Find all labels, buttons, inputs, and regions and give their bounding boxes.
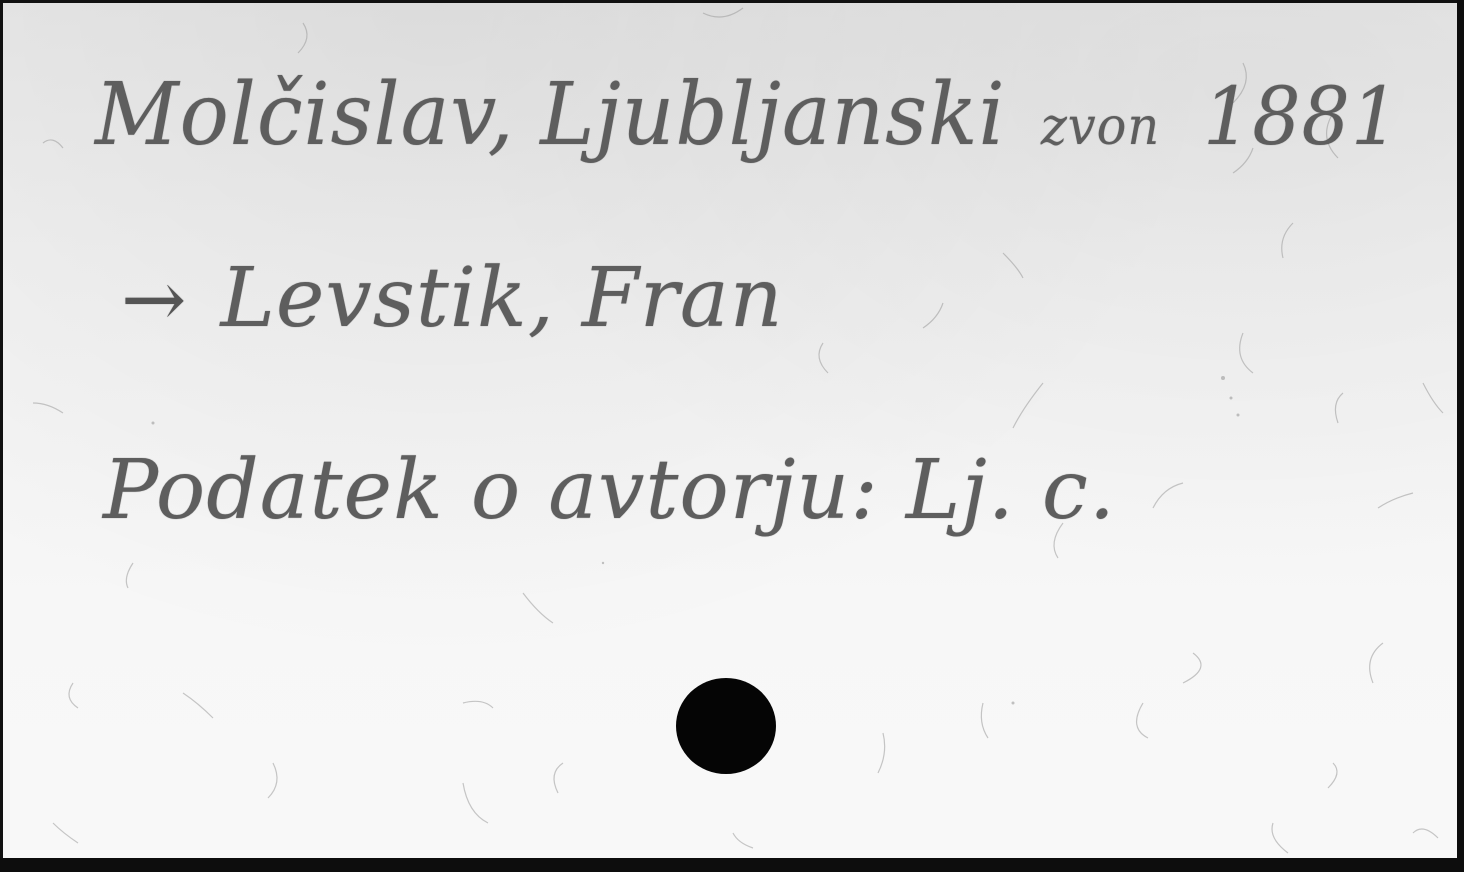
- catalog-card: Molčislav, Ljubljanski zvon 1881 → Levst…: [3, 3, 1457, 858]
- author-note: Podatek o avtorju: Lj. c.: [103, 443, 1116, 538]
- card-edge-bottom: [0, 858, 1464, 872]
- source-journal-part: zvon: [1041, 97, 1160, 157]
- note-line: Podatek o avtorju: Lj. c.: [103, 443, 1116, 538]
- author-reference: Levstik, Fran: [220, 251, 783, 346]
- punch-hole: [676, 678, 776, 774]
- source-journal: Ljubljanski: [540, 65, 1005, 165]
- see-reference-line: → Levstik, Fran: [121, 251, 784, 346]
- arrow-right-icon: →: [121, 255, 187, 345]
- work-title: Molčislav,: [95, 65, 515, 165]
- publication-year: 1881: [1203, 70, 1400, 163]
- card-edge-right: [1457, 0, 1464, 872]
- card-heading-line: Molčislav, Ljubljanski zvon 1881: [95, 65, 1400, 165]
